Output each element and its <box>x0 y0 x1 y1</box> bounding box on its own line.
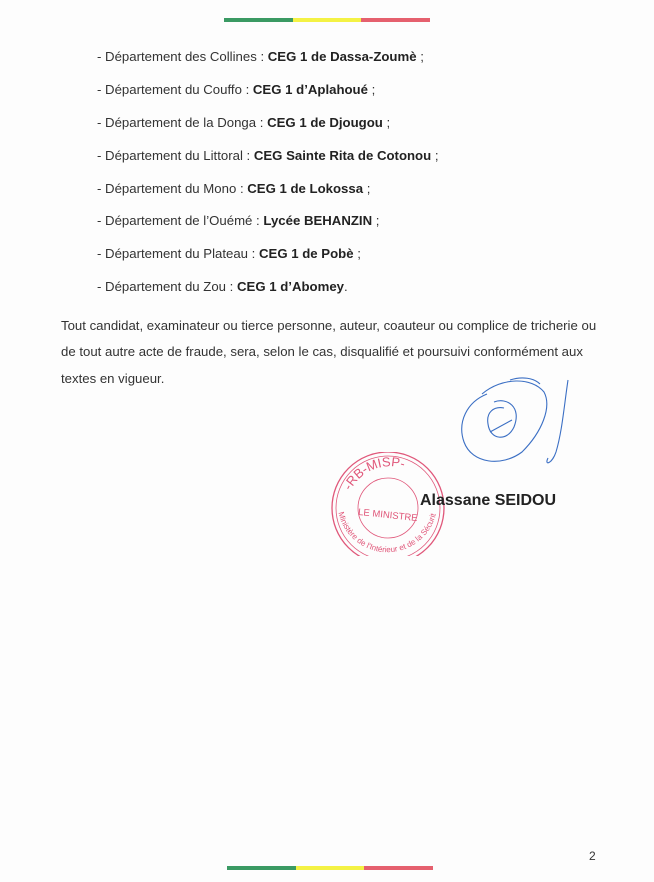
department-label: - Département de l’Ouémé : <box>97 213 263 228</box>
list-item: - Département du Littoral : CEG Sainte R… <box>97 146 439 179</box>
flag-red <box>361 18 430 22</box>
punctuation: ; <box>431 148 438 163</box>
svg-text:LE MINISTRE: LE MINISTRE <box>358 507 418 524</box>
signature <box>452 372 580 472</box>
flag-yellow <box>293 18 362 22</box>
list-item: - Département du Plateau : CEG 1 de Pobè… <box>97 244 439 277</box>
punctuation: ; <box>383 115 390 130</box>
flag-red <box>364 866 433 870</box>
exam-center: CEG 1 d’Aplahoué <box>253 82 368 97</box>
exam-center: CEG 1 de Pobè <box>259 246 354 261</box>
punctuation: ; <box>354 246 361 261</box>
exam-center: CEG 1 de Dassa-Zoumè <box>268 49 417 64</box>
exam-center: CEG 1 d’Abomey <box>237 279 344 294</box>
department-label: - Département du Couffo : <box>97 82 253 97</box>
department-label: - Département du Littoral : <box>97 148 254 163</box>
punctuation: ; <box>368 82 375 97</box>
department-label: - Département du Mono : <box>97 181 247 196</box>
list-item: - Département du Zou : CEG 1 d’Abomey. <box>97 277 439 310</box>
flag-green <box>224 18 293 22</box>
list-item: - Département du Couffo : CEG 1 d’Aplaho… <box>97 80 439 113</box>
list-item: - Département de l’Ouémé : Lycée BEHANZI… <box>97 211 439 244</box>
punctuation: ; <box>363 181 370 196</box>
punctuation: . <box>344 279 348 294</box>
svg-text:-RB-MISP-: -RB-MISP- <box>340 454 407 492</box>
exam-center: CEG 1 de Lokossa <box>247 181 363 196</box>
flag-bar-bottom <box>227 866 433 870</box>
list-item: - Département de la Donga : CEG 1 de Djo… <box>97 113 439 146</box>
department-label: - Département du Zou : <box>97 279 237 294</box>
department-list: - Département des Collines : CEG 1 de Da… <box>97 47 439 310</box>
page-number: 2 <box>589 849 596 863</box>
signer-name: Alassane SEIDOU <box>420 492 556 510</box>
exam-center: CEG 1 de Djougou <box>267 115 383 130</box>
department-label: - Département du Plateau : <box>97 246 259 261</box>
exam-center: CEG Sainte Rita de Cotonou <box>254 148 431 163</box>
flag-bar-top <box>224 18 430 22</box>
exam-center: Lycée BEHANZIN <box>263 213 372 228</box>
list-item: - Département des Collines : CEG 1 de Da… <box>97 47 439 80</box>
punctuation: ; <box>417 49 424 64</box>
department-label: - Département des Collines : <box>97 49 268 64</box>
flag-green <box>227 866 296 870</box>
flag-yellow <box>296 866 365 870</box>
department-label: - Département de la Donga : <box>97 115 267 130</box>
punctuation: ; <box>372 213 379 228</box>
list-item: - Département du Mono : CEG 1 de Lokossa… <box>97 179 439 212</box>
